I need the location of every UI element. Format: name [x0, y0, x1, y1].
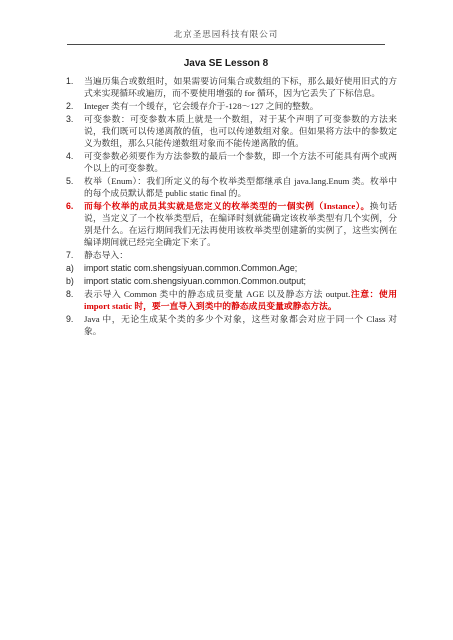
text-run: import static com.shengsiyuan.common.Com…: [84, 263, 297, 273]
text-run: 表示导入 Common 类中的静态成员变量 AGE 以及静态方法 output.: [84, 289, 350, 299]
list-item-marker: 8.: [66, 288, 84, 300]
list-item-text: Integer 类有一个缓存，它会缓存介于-128～127 之间的整数。: [84, 100, 397, 112]
list-item-marker: 5.: [66, 175, 84, 187]
list-item-marker: 6.: [66, 200, 84, 212]
list-item: 8. 表示导入 Common 类中的静态成员变量 AGE 以及静态方法 outp…: [66, 288, 397, 312]
list-item-text-code: import static com.shengsiyuan.common.Com…: [84, 275, 397, 287]
list-item: a) import static com.shengsiyuan.common.…: [66, 262, 397, 274]
text-run: 枚举（Enum）：我们所定义的每个枚举类型都继承自 java.lang.Enum…: [84, 176, 397, 198]
list-item: 6. 而每个枚举的成员其实就是您定义的枚举类型的一個实例（Instance）。换…: [66, 200, 397, 248]
list-item-text: 静态导入：: [84, 249, 397, 261]
text-run: import static com.shengsiyuan.common.Com…: [84, 276, 306, 286]
list-item: 7. 静态导入：: [66, 249, 397, 261]
list-item: 4. 可变参数必须要作为方法参数的最后一个参数，即一个方法不可能具有两个或两个以…: [66, 150, 397, 174]
list-item: b) import static com.shengsiyuan.common.…: [66, 275, 397, 287]
list-item-text: 可变参数必须要作为方法参数的最后一个参数，即一个方法不可能具有两个或两个以上的可…: [84, 150, 397, 174]
list-item-marker: b): [66, 275, 84, 287]
page-header-company: 北京圣思园科技有限公司: [67, 28, 385, 45]
list-item-marker: 2.: [66, 100, 84, 112]
list-item-marker: 7.: [66, 249, 84, 261]
list-item-text: 可变参数：可变参数本质上就是一个数组，对于某个声明了可变参数的方法来说，我们既可…: [84, 113, 397, 149]
list-item-text: 而每个枚举的成员其实就是您定义的枚举类型的一個实例（Instance）。换句话说…: [84, 200, 397, 248]
text-run: 可变参数必须要作为方法参数的最后一个参数，即一个方法不可能具有两个或两个以上的可…: [84, 151, 397, 173]
list-item-marker: 4.: [66, 150, 84, 162]
list-item: 5. 枚举（Enum）：我们所定义的每个枚举类型都继承自 java.lang.E…: [66, 175, 397, 199]
list-item-text: 表示导入 Common 类中的静态成员变量 AGE 以及静态方法 output.…: [84, 288, 397, 312]
numbered-list: 1. 当遍历集合或数组时，如果需要访问集合或数组的下标，那么最好使用旧式的方式来…: [66, 75, 397, 338]
list-item: 2. Integer 类有一个缓存，它会缓存介于-128～127 之间的整数。: [66, 100, 397, 112]
text-run: 当遍历集合或数组时，如果需要访问集合或数组的下标，那么最好使用旧式的方式来实现循…: [84, 76, 397, 98]
text-run: Java 中，无论生成某个类的多少个对象，这些对象都会对应于同一个 Class …: [84, 314, 397, 336]
text-run-highlight: 而每个枚举的成员其实就是您定义的枚举类型的一個实例（Instance）。: [84, 201, 370, 211]
list-item-text: 枚举（Enum）：我们所定义的每个枚举类型都继承自 java.lang.Enum…: [84, 175, 397, 199]
list-item-text: 当遍历集合或数组时，如果需要访问集合或数组的下标，那么最好使用旧式的方式来实现循…: [84, 75, 397, 99]
list-item-text: Java 中，无论生成某个类的多少个对象，这些对象都会对应于同一个 Class …: [84, 313, 397, 337]
list-item-marker: 1.: [66, 75, 84, 87]
list-item-marker: 9.: [66, 313, 84, 325]
list-item: 3. 可变参数：可变参数本质上就是一个数组，对于某个声明了可变参数的方法来说，我…: [66, 113, 397, 149]
list-item-marker: 3.: [66, 113, 84, 125]
list-item: 1. 当遍历集合或数组时，如果需要访问集合或数组的下标，那么最好使用旧式的方式来…: [66, 75, 397, 99]
document-page: 北京圣思园科技有限公司 Java SE Lesson 8 1. 当遍历集合或数组…: [0, 0, 453, 640]
page-title: Java SE Lesson 8: [67, 58, 385, 69]
text-run: Integer 类有一个缓存，它会缓存介于-128～127 之间的整数。: [84, 101, 319, 111]
list-item-marker: a): [66, 262, 84, 274]
list-item-text-code: import static com.shengsiyuan.common.Com…: [84, 262, 397, 274]
text-run: 可变参数：可变参数本质上就是一个数组，对于某个声明了可变参数的方法来说，我们既可…: [84, 114, 397, 148]
list-item: 9. Java 中，无论生成某个类的多少个对象，这些对象都会对应于同一个 Cla…: [66, 313, 397, 337]
text-run: 静态导入：: [84, 250, 128, 260]
